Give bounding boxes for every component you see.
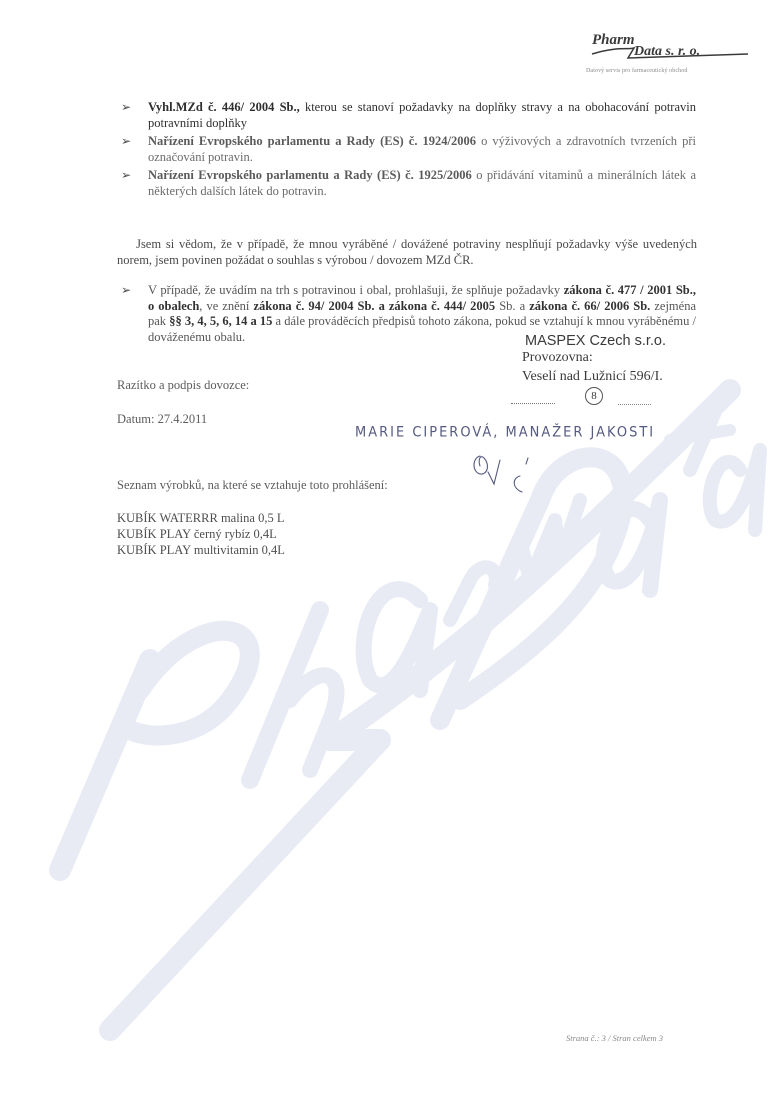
products-label: Seznam výrobků, na které se vztahuje tot… xyxy=(117,478,388,493)
date-label: Datum: 27.4.2011 xyxy=(117,412,207,427)
arrow-bullet-icon: ➢ xyxy=(121,168,131,184)
regulation-title: Vyhl.MZd č. 446/ 2004 Sb., xyxy=(148,100,300,114)
svg-text:Data s. r. o.: Data s. r. o. xyxy=(633,44,700,59)
stamp-facility-label: Provozovna: xyxy=(522,350,593,366)
stamp-dotted-line xyxy=(618,404,651,405)
packaging-sections: §§ 3, 4, 5, 6, 14 a 15 xyxy=(169,314,272,328)
packaging-text: , ve znění xyxy=(199,299,253,313)
product-item: KUBÍK PLAY multivitamin 0,4L xyxy=(117,542,285,558)
page-number: Strana č.: 3 / Stran celkem 3 xyxy=(566,1033,663,1043)
packaging-law: zákona č. 66/ 2006 Sb. xyxy=(529,299,650,313)
arrow-bullet-icon: ➢ xyxy=(121,100,131,116)
products-list: KUBÍK WATERRR malina 0,5 L KUBÍK PLAY če… xyxy=(117,510,285,558)
stamp-number: 8 xyxy=(585,387,603,405)
pharmdata-logo-icon: Pharm Data s. r. o. xyxy=(588,28,768,68)
logo-subtitle: Datový servis pro farmaceutický obchod xyxy=(586,68,687,74)
arrow-bullet-icon: ➢ xyxy=(121,283,131,299)
declaration-paragraph: Jsem si vědom, že v případě, že mnou vyr… xyxy=(117,236,697,268)
stamp-address: Veselí nad Lužnicí 596/I. xyxy=(522,369,663,385)
svg-text:Pharm: Pharm xyxy=(592,32,635,48)
regulation-title: Nařízení Evropského parlamentu a Rady (E… xyxy=(148,134,476,148)
handwritten-name: MARIE CIPEROVÁ, MANAŽER JAKOSTI xyxy=(355,424,655,441)
product-item: KUBÍK WATERRR malina 0,5 L xyxy=(117,510,285,526)
company-logo: Pharm Data s. r. o. xyxy=(588,28,768,83)
stamp-company: MASPEX Czech s.r.o. xyxy=(525,333,666,349)
regulations-list: ➢ Vyhl.MZd č. 446/ 2004 Sb., kterou se s… xyxy=(116,100,696,202)
regulation-item: ➢ Nařízení Evropského parlamentu a Rady … xyxy=(116,134,696,165)
packaging-law: zákona č. 94/ 2004 Sb. a zákona č. 444/ … xyxy=(253,299,495,313)
stamp-signature-label: Razítko a podpis dovozce: xyxy=(117,378,249,393)
regulation-title: Nařízení Evropského parlamentu a Rady (E… xyxy=(148,168,472,182)
regulation-item: ➢ Nařízení Evropského parlamentu a Rady … xyxy=(116,168,696,199)
packaging-text: Sb. a xyxy=(495,299,529,313)
regulation-item: ➢ Vyhl.MZd č. 446/ 2004 Sb., kterou se s… xyxy=(116,100,696,131)
declaration-text: Jsem si vědom, že v případě, že mnou vyr… xyxy=(117,237,697,267)
arrow-bullet-icon: ➢ xyxy=(121,134,131,150)
signature-icon xyxy=(470,448,550,498)
stamp-dotted-line xyxy=(511,403,555,404)
packaging-text: V případě, že uvádím na trh s potravinou… xyxy=(148,283,564,297)
product-item: KUBÍK PLAY černý rybíz 0,4L xyxy=(117,526,285,542)
